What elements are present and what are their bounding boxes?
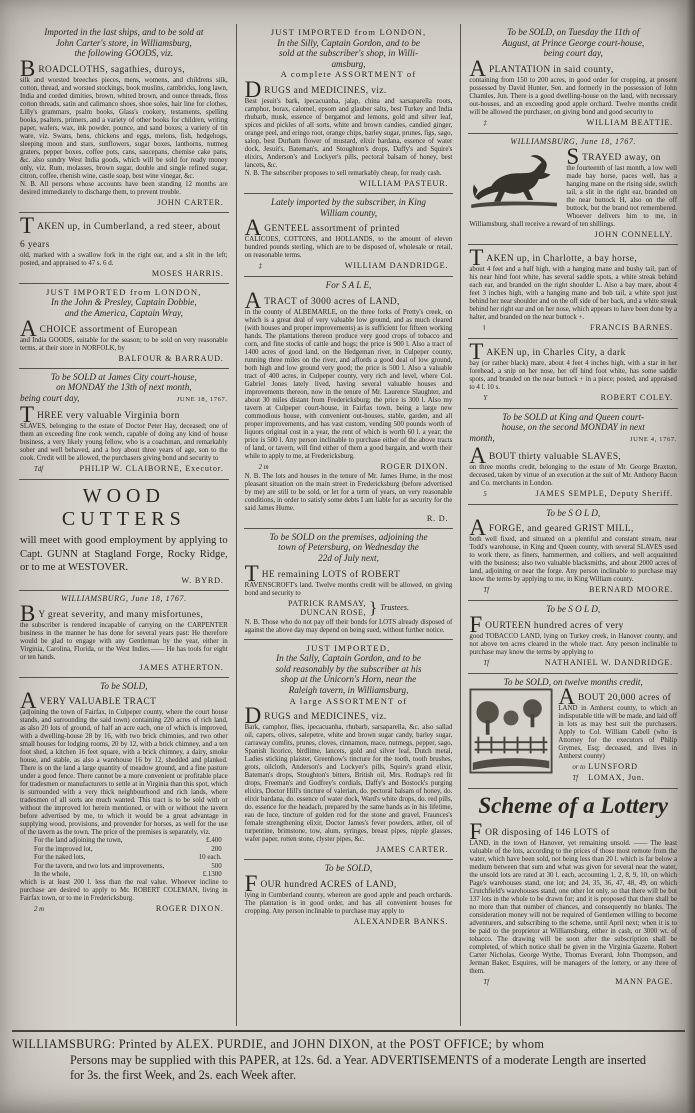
- drop-capital: T: [20, 216, 37, 234]
- ad-head-line: sold reasonably by the subscriber at his: [245, 664, 453, 675]
- drop-capital: F: [245, 874, 261, 892]
- ad-signature-line: TdfPHILIP W. CLAIBORNE, Executor.: [20, 463, 228, 475]
- ad-lead-text: TRACT of 3000 acres of LAND,: [264, 297, 399, 307]
- ad-head-left: month,: [469, 433, 494, 444]
- ad-head-line: To be S O L D,: [469, 604, 677, 615]
- signature-name: NATHANIEL W. DANDRIDGE.: [545, 657, 677, 668]
- trustees-group: PATRICK RAMSAY,DUNCAN ROSE,}Trustees.: [245, 599, 453, 618]
- ad-dateline: WILLIAMSBURG, June 18, 1767.: [20, 594, 228, 604]
- printer-imprint: WILLIAMSBURG: Printed by ALEX. PURDIE, a…: [12, 1030, 685, 1084]
- signature-name: MANN PAGE.: [615, 976, 677, 987]
- signature-mark: Tf: [469, 585, 489, 596]
- signature-name: JAMES CARTER.: [376, 844, 452, 855]
- ad-head-line: amsburg,: [245, 59, 453, 70]
- ad-opening-line: THREE very valuable Virginia born: [20, 405, 228, 423]
- brace-glyph: }: [369, 603, 377, 613]
- signature-name: ALEXANDER BANKS.: [354, 916, 453, 927]
- ad-head-line: sold at the subscriber's shop, in Willi-: [245, 48, 453, 59]
- ad-signature-line: WILLIAM PASTEUR.: [245, 178, 453, 189]
- price-label: For the improved lot,: [34, 846, 211, 854]
- ad-opening-line: DRUGS and MEDICINES, viz.: [245, 706, 453, 724]
- ad-paragraph: CALICOES, COTTONS, and HOLLANDS, to the …: [245, 236, 453, 260]
- drop-capital: F: [469, 615, 485, 633]
- ad: To be S O L D,FOURTEEN hundred acres of …: [468, 600, 678, 673]
- ad: To be SOLD on the premises, adjoining th…: [244, 528, 454, 639]
- price-value: £.400: [206, 837, 222, 845]
- drop-capital: F: [469, 822, 485, 840]
- drop-capital: A: [20, 319, 40, 337]
- ad-signature-line: R. D.: [245, 513, 453, 524]
- column-right: To be SOLD, on Tuesday the 11th ofAugust…: [461, 24, 685, 1026]
- ad-paragraph: Bark, camphor, flies, ipecacuanha, rhuba…: [245, 724, 453, 844]
- ad-opening-line: ABOUT thirty valuable SLAVES,: [469, 446, 677, 464]
- price-label: In the whole,: [34, 871, 203, 879]
- column-area: Imported in the last ships, and to be so…: [0, 0, 695, 1026]
- imprint-line: WILLIAMSBURG: Printed by ALEX. PURDIE, a…: [12, 1037, 685, 1053]
- signature-mark: ‡: [245, 261, 262, 272]
- signature-name: BERNARD MOORE.: [589, 584, 677, 595]
- drop-capital: S: [566, 147, 582, 165]
- ad-lead-text: Y great severity, and many misfortunes,: [38, 610, 203, 620]
- ad-lead-text: HE remaining LOTS of ROBERT: [262, 570, 400, 580]
- ad: WOOD CUTTERSwill meet with good employme…: [19, 479, 229, 590]
- drop-capital: A: [20, 691, 40, 709]
- ad-head-line: 22d of July next,: [245, 553, 453, 564]
- signature-name: LUNSFORD LOMAX, Jun.: [588, 761, 677, 783]
- ad-paragraph: SLAVES, belonging to the estate of Docto…: [20, 423, 228, 463]
- signature-name: WILLIAM BEATTIE.: [587, 117, 677, 128]
- signature-name: R. D.: [427, 513, 453, 524]
- ad-head-line: A large ASSORTMENT of: [245, 696, 453, 707]
- ad: JUST IMPORTED from LONDON,In the Silly, …: [244, 24, 454, 193]
- column-left: Imported in the last ships, and to be so…: [12, 24, 236, 1026]
- signature-name: JAMES SEMPLE, Deputy Sheriff.: [536, 488, 677, 499]
- ad-head-line: A complete ASSORTMENT of: [245, 69, 453, 80]
- ad-signature-line: W. BYRD.: [20, 575, 228, 586]
- scan-gutter-shadow: [686, 0, 695, 1113]
- ad-opening-line: BY great severity, and many misfortunes,: [20, 604, 228, 622]
- ad-paragraph: bay (or rather black) mare, about 4 feet…: [469, 360, 677, 392]
- drop-capital: D: [245, 706, 265, 724]
- ad-head-line: shop at the Unicorn's Horn, near the: [245, 674, 453, 685]
- ad: JUST IMPORTED,In the Sally, Captain Gord…: [244, 639, 454, 860]
- ad-signature-line: or to TfLUNSFORD LOMAX, Jun.: [558, 761, 677, 784]
- signature-mark: ‖: [469, 323, 485, 334]
- ad-lead-text: BOUT 20,000 acres of: [578, 693, 671, 703]
- ad-paragraph: N. B. Those who do not pay off their bon…: [245, 619, 453, 635]
- signature-name: BALFOUR & BARRAUD.: [119, 353, 228, 364]
- signature-name: JOHN CONNELLY.: [595, 229, 677, 240]
- ad-dateline: JUNE 4, 1767.: [630, 435, 677, 446]
- trustee-names: PATRICK RAMSAY,DUNCAN ROSE,: [288, 599, 366, 618]
- signature-name: PHILIP W. CLAIBORNE, Executor.: [79, 463, 227, 474]
- newspaper-page: Imported in the last ships, and to be so…: [0, 0, 695, 1113]
- drop-capital: B: [20, 604, 38, 622]
- ad-paragraph: LAND, in the town of Hanover, yet remain…: [469, 840, 677, 976]
- ad-opening-line: ACHOICE assortment of European: [20, 319, 228, 337]
- ad-head-line: Imported in the last ships, and to be so…: [20, 27, 228, 38]
- ad-signature-line: JAMES CARTER.: [245, 844, 453, 855]
- drop-capital: A: [469, 518, 489, 536]
- ad-opening-line: FOR disposing of 146 LOTS of: [469, 822, 677, 840]
- drop-capital: D: [245, 80, 265, 98]
- ad-paragraph: will meet with good employment by applyi…: [20, 534, 228, 575]
- ad-head-line: August, at Prince George court-house,: [469, 38, 677, 49]
- ad-lead-text: GENTEEL assortment of printed: [264, 224, 399, 234]
- ad-head-line: town of Petersburg, on Wednesday the: [245, 542, 453, 553]
- ad-lead-text: OR disposing of 146 LOTS of: [485, 828, 610, 838]
- drop-capital: A: [469, 59, 489, 77]
- ad-signature-line: YROBERT COLEY.: [469, 392, 677, 404]
- ad: Lately imported by the subscriber, in Ki…: [244, 193, 454, 276]
- ad-paragraph: about 4 feet and a half high, with a han…: [469, 266, 677, 322]
- ad: Scheme of a LotteryFOR disposing of 146 …: [468, 788, 678, 992]
- ad-head-row: being court day,JUNE 18, 1767.: [20, 393, 228, 406]
- ad-opening-line: AGENTEEL assortment of printed: [245, 218, 453, 236]
- ad-head-line: To be SOLD at King and Queen court-: [469, 412, 677, 423]
- ad-head-row: month,JUNE 4, 1767.: [469, 433, 677, 446]
- signature-name: ROGER DIXON.: [381, 461, 453, 472]
- ad-lead-text: HREE very valuable Virginia born: [37, 411, 180, 421]
- signature-mark: 2 m: [245, 462, 269, 473]
- ad-opening-line: AVERY VALUABLE TRACT: [20, 691, 228, 709]
- price-row: For the improved lot,200: [20, 846, 228, 854]
- ad-paragraph: RAVENSCROFT's land. Twelve months credit…: [245, 582, 453, 598]
- drop-capital: T: [20, 405, 37, 423]
- imprint-line: Persons may be supplied with this PAPER,…: [12, 1053, 685, 1069]
- signature-mark: 5: [469, 489, 486, 500]
- ad: WILLIAMSBURG, June 18, 1767.BY great sev…: [19, 590, 229, 677]
- ad-head-line: To be SOLD, on Tuesday the 11th of: [469, 27, 677, 38]
- ad-signature-line: ‖FRANCIS BARNES.: [469, 322, 677, 334]
- signature-name: JOHN CARTER.: [157, 197, 227, 208]
- ad-lead-text: PLANTATION in said county,: [489, 65, 614, 75]
- ad-opening-line: APLANTATION in said county,: [469, 59, 677, 77]
- ad-head-line: John Carter's store, in Williamsburg,: [20, 38, 228, 49]
- ad-signature-line: ‡WILLIAM BEATTIE.: [469, 117, 677, 129]
- price-row: For the naked lots,10 each.: [20, 854, 228, 862]
- ad: To be SOLD at James City court-house,on …: [19, 368, 229, 480]
- ad-lead-text: CHOICE assortment of European: [40, 325, 178, 335]
- signature-name: WILLIAM PASTEUR.: [359, 178, 452, 189]
- ad-lead-text: RUGS and MEDICINES, viz.: [264, 712, 386, 722]
- ad-head-line: To be S O L D,: [469, 508, 677, 519]
- ad-lead-text: BOUT thirty valuable SLAVES,: [489, 452, 621, 462]
- ad-paragraph: on three months credit, belonging to the…: [469, 464, 677, 488]
- imprint-line: for 3s. the first Week, and 2s. each Wee…: [12, 1068, 685, 1084]
- signature-name: WILLIAM DANDRIDGE.: [345, 260, 453, 271]
- price-row: For the land adjoining the town,£.400: [20, 837, 228, 845]
- trustee-name: DUNCAN ROSE,: [288, 608, 366, 618]
- price-value: £.1300: [203, 871, 222, 879]
- ad-head-line: on MONDAY the 13th of next month,: [20, 382, 228, 393]
- ad: TAKEN up, in Charlotte, a bay horse,abou…: [468, 244, 678, 338]
- ad-opening-line: AFORGE, and geared GRIST MILL,: [469, 518, 677, 536]
- ad-lead-text: ROADCLOTHS, sagathies, duroys,: [38, 65, 185, 75]
- ad-head-line: being court day,: [469, 48, 677, 59]
- ad: To be SOLD, on Tuesday the 11th ofAugust…: [468, 24, 678, 133]
- price-value: 10 each.: [199, 854, 222, 862]
- ad-signature-line: JAMES ATHERTON.: [20, 662, 228, 673]
- ad-opening-line: FOURTEEN hundred acres of very: [469, 615, 677, 633]
- ad-signature-line: 2 mROGER DIXON.: [20, 903, 228, 915]
- signature-mark: Y: [469, 393, 487, 404]
- price-row: For the tavern, and two lots and improve…: [20, 863, 228, 871]
- ad-signature-line: TfMANN PAGE.: [469, 976, 677, 988]
- signature-name: JAMES ATHERTON.: [140, 662, 228, 673]
- ad-opening-line: THE remaining LOTS of ROBERT: [245, 564, 453, 582]
- ad-lead-text: AKEN up, in Charlotte, a bay horse,: [486, 254, 637, 264]
- ad-lead-text: RUGS and MEDICINES, viz.: [264, 86, 386, 96]
- ad-paragraph: good TOBACCO LAND, lying on Turkey creek…: [469, 633, 677, 657]
- ad-signature-line: TfBERNARD MOORE.: [469, 584, 677, 596]
- ad-signature-line: JOHN CONNELLY.: [469, 229, 677, 240]
- signature-name: FRANCIS BARNES.: [590, 322, 677, 333]
- signature-mark: Tdf: [20, 464, 43, 475]
- signature-mark: Tf: [469, 977, 489, 988]
- drop-capital: T: [469, 248, 486, 266]
- ad: Imported in the last ships, and to be so…: [19, 24, 229, 212]
- ad-paragraph: and India GOODS, suitable for the season…: [20, 337, 228, 353]
- ad-paragraph: silk and worsted breeches pieces, mens, …: [20, 77, 228, 181]
- ad-paragraph: N. B. All persons whose accounts have be…: [20, 181, 228, 197]
- ad-head-line: and the America, Captain Wray,: [20, 308, 228, 319]
- price-value: 500: [211, 863, 221, 871]
- ad-lead-text: AKEN up, in Cumberland, a red steer, abo…: [20, 222, 221, 250]
- ad: To be S O L D,AFORGE, and geared GRIST M…: [468, 504, 678, 601]
- signature-mark: ‡: [469, 118, 486, 129]
- ad-head-line: For S A L E,: [245, 280, 453, 291]
- signature-name: MOSES HARRIS.: [152, 268, 228, 279]
- price-label: For the naked lots,: [34, 854, 199, 862]
- signature-mark: or to Tf: [558, 762, 588, 784]
- ad-opening-line: TAKEN up, in Charles City, a dark: [469, 342, 677, 360]
- ad-head-line: In the Sally, Captain Gordon, and to be: [245, 653, 453, 664]
- price-row: In the whole,£.1300: [20, 871, 228, 879]
- ad-signature-line: TfNATHANIEL W. DANDRIDGE.: [469, 657, 677, 669]
- ad-paragraph: old, marked with a swallow fork in the r…: [20, 252, 228, 268]
- ad-head-line: William county,: [245, 208, 453, 219]
- drop-capital: A: [245, 218, 265, 236]
- drop-capital: T: [245, 564, 262, 582]
- ad: JUST IMPORTED from LONDON,In the John & …: [19, 283, 229, 368]
- ad-head-line: In the Silly, Captain Gordon, and to be: [245, 38, 453, 49]
- ad: To be SOLD,FOUR hundred ACRES of LAND,ly…: [244, 859, 454, 931]
- drop-capital: B: [20, 59, 38, 77]
- ad-paragraph: lying in Cumberland county, whereon are …: [245, 892, 453, 916]
- ad-head-line: Raleigh tavern, in Williamsburg,: [245, 685, 453, 696]
- ad-lead-text: OUR hundred ACRES of LAND,: [260, 880, 396, 890]
- ad-opening-line: DRUGS and MEDICINES, viz.: [245, 80, 453, 98]
- ad-signature-line: BALFOUR & BARRAUD.: [20, 353, 228, 364]
- ad-head-line: To be SOLD on the premises, adjoining th…: [245, 532, 453, 543]
- signature-name: ROGER DIXON.: [156, 903, 228, 914]
- trustee-name: PATRICK RAMSAY,: [288, 599, 366, 609]
- ad-head-line: Lately imported by the subscriber, in Ki…: [245, 197, 453, 208]
- ad-paragraph: containing from 150 to 200 acres, in goo…: [469, 77, 677, 117]
- ad: For S A L E,ATRACT of 3000 acres of LAND…: [244, 276, 454, 528]
- ad: To be SOLD,AVERY VALUABLE TRACT(adjoinin…: [19, 677, 229, 920]
- ad-signature-line: 5JAMES SEMPLE, Deputy Sheriff.: [469, 488, 677, 500]
- ad-paragraph: which is at least 200 l. less than the r…: [20, 879, 228, 903]
- ad-dateline: WILLIAMSBURG, June 18, 1767.: [469, 137, 677, 147]
- ad-opening-line: FOUR hundred ACRES of LAND,: [245, 874, 453, 892]
- ad-opening-line: BROADCLOTHS, sagathies, duroys,: [20, 59, 228, 77]
- ad-display-title: Scheme of a Lottery: [469, 793, 677, 819]
- ad-head-line: To be SOLD, on twelve months credit,: [469, 677, 677, 688]
- ad-paragraph: the subscriber is rendered incapable of …: [20, 622, 228, 662]
- price-value: 200: [211, 846, 221, 854]
- ad-head-line: JUST IMPORTED from LONDON,: [245, 27, 453, 38]
- ad-head-left: being court day,: [20, 393, 79, 404]
- drop-capital: A: [558, 687, 578, 705]
- ad-signature-line: ‡WILLIAM DANDRIDGE.: [245, 260, 453, 272]
- ad-opening-line: ATRACT of 3000 acres of LAND,: [245, 291, 453, 309]
- ad-signature-line: JOHN CARTER.: [20, 197, 228, 208]
- ad-opening-line: TAKEN up, in Charlotte, a bay horse,: [469, 248, 677, 266]
- ad-paragraph: both well fixed, and situated on a plent…: [469, 536, 677, 584]
- ad-head-line: JUST IMPORTED from LONDON,: [20, 287, 228, 298]
- ad-head-line: To be SOLD at James City court-house,: [20, 372, 228, 383]
- ad-signature-line: ALEXANDER BANKS.: [245, 916, 453, 927]
- signature-mark: Tf: [469, 658, 489, 669]
- signature-mark: 2 m: [20, 904, 44, 915]
- ad: TAKEN up, in Cumberland, a red steer, ab…: [19, 212, 229, 283]
- drop-capital: A: [469, 446, 489, 464]
- ad: To be SOLD, on twelve months credit,ABOU…: [468, 673, 678, 789]
- ad-paragraph: Best jesuit's bark, ipecacuanha, jalap, …: [245, 98, 453, 170]
- ad-head-line: To be SOLD,: [245, 863, 453, 874]
- ad: WILLIAMSBURG, June 18, 1767.STRAYED away…: [468, 133, 678, 244]
- ad: To be SOLD at King and Queen court-house…: [468, 408, 678, 504]
- drop-capital: T: [469, 342, 486, 360]
- ad-head-line: In the John & Presley, Captain Dobbie,: [20, 297, 228, 308]
- ad-dateline: JUNE 18, 1767.: [177, 395, 228, 406]
- ad-head-line: To be SOLD,: [20, 681, 228, 692]
- price-label: For the land adjoining the town,: [34, 837, 206, 845]
- ad-head-line: house, on the second MONDAY in next: [469, 422, 677, 433]
- ad-paragraph: (adjoining the town of Fairfax, in Culpe…: [20, 709, 228, 837]
- drop-capital: A: [245, 291, 265, 309]
- ad-paragraph: N. B. The subscriber proposes to sell re…: [245, 170, 453, 178]
- ad: TAKEN up, in Charles City, a darkbay (or…: [468, 338, 678, 408]
- ad-display-title: WOOD CUTTERS: [20, 485, 228, 531]
- column-middle: JUST IMPORTED from LONDON,In the Silly, …: [236, 24, 462, 1026]
- ad-signature-line: 2 mROGER DIXON.: [245, 461, 453, 473]
- ad-lead-text: FORGE, and geared GRIST MILL,: [489, 524, 634, 534]
- ad-head-line: JUST IMPORTED,: [245, 643, 453, 654]
- ad-head-line: the following GOODS, viz.: [20, 48, 228, 59]
- ad-opening-line: TAKEN up, in Cumberland, a red steer, ab…: [20, 216, 228, 252]
- ad-lead-text: OURTEEN hundred acres of very: [485, 621, 624, 631]
- trustees-label: Trustees.: [380, 603, 409, 613]
- ad-paragraph: in the county of ALBEMARLE, on the three…: [245, 309, 453, 461]
- horse-engraving: [469, 148, 561, 215]
- signature-name: W. BYRD.: [181, 575, 227, 586]
- ad-lead-text: VERY VALUABLE TRACT: [40, 697, 157, 707]
- ad-lead-text: AKEN up, in Charles City, a dark: [486, 348, 625, 358]
- signature-name: ROBERT COLEY.: [601, 392, 677, 403]
- ad-paragraph: N. B. The lots and houses in the tenure …: [245, 473, 453, 513]
- ad-lead-text: TRAYED away, on: [582, 153, 661, 163]
- landscape-engraving: [469, 688, 553, 779]
- ad-signature-line: MOSES HARRIS.: [20, 268, 228, 279]
- price-label: For the tavern, and two lots and improve…: [34, 863, 211, 871]
